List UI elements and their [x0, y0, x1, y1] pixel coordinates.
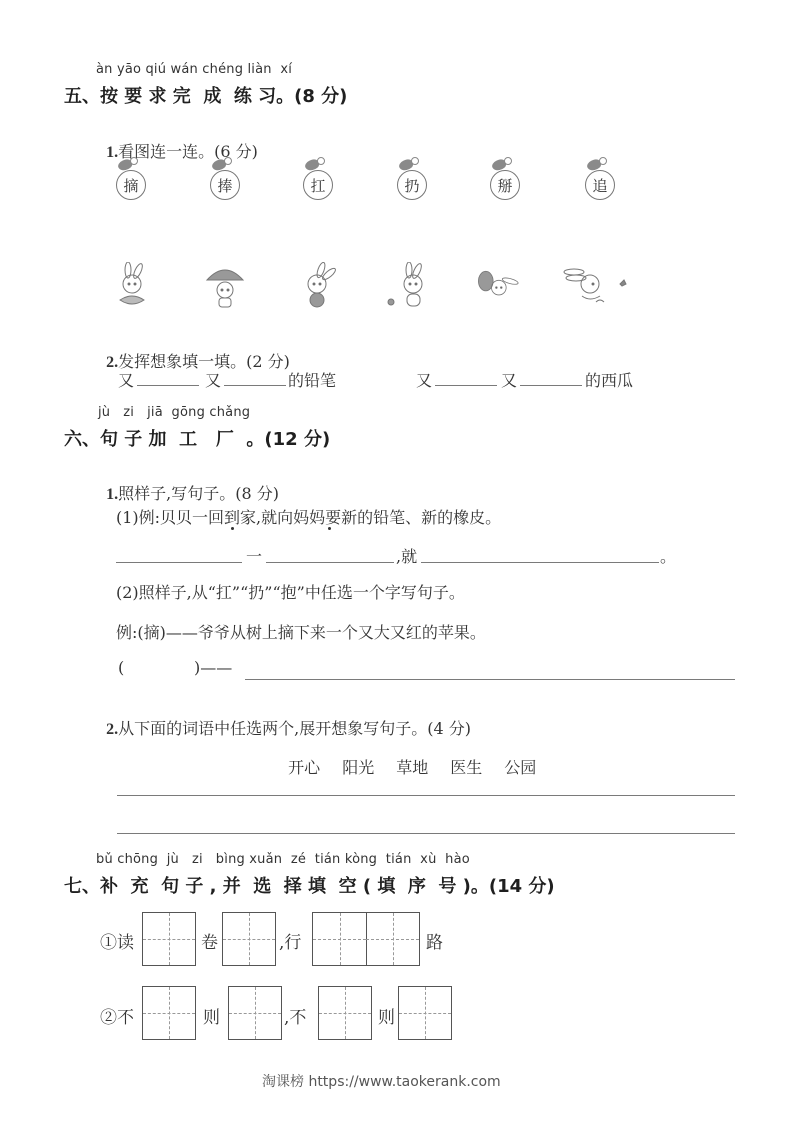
word-item: 草地: [396, 758, 428, 777]
period-label: 。: [660, 544, 676, 567]
watermelon-label: 的西瓜: [585, 368, 633, 391]
section7-pinyin: bǔ chōng jù zi bìng xuǎn zé tián kòng ti…: [96, 852, 470, 867]
grid-cell: [223, 913, 275, 965]
carrot-leaf-icon: [317, 157, 325, 165]
section7-title: 七、补 充 句 子 , 并 选 择 填 空 ( 填 序 号 )。(14 分): [64, 872, 555, 898]
character-option[interactable]: 掰: [490, 160, 520, 200]
fill-blank[interactable]: [266, 562, 394, 563]
section6-title: 六、句 子 加 工 厂 。(12 分): [64, 425, 330, 451]
you-label: 又: [501, 368, 517, 391]
character-circle: 追: [585, 170, 615, 200]
carrot-leaf-icon: [504, 157, 512, 165]
paren-open: (: [118, 658, 124, 677]
character-circle: 掰: [490, 170, 520, 200]
yi-label: 一: [246, 544, 262, 567]
grid-cell: [143, 913, 195, 965]
section5-pinyin: àn yāo qiú wán chéng liàn xí: [96, 62, 292, 77]
section6-q1-heading: 1.照样子,写句子。(8 分): [96, 462, 279, 504]
fill-blank[interactable]: [116, 562, 242, 563]
word-item: 医生: [450, 758, 482, 777]
xing-label: ,行: [279, 928, 301, 953]
question-number: 2.: [106, 721, 118, 738]
fill-blank[interactable]: [421, 562, 659, 563]
emphasis-dot: [231, 527, 234, 530]
grid-cell: [313, 913, 366, 965]
character-circle: 捧: [210, 170, 240, 200]
section6-q2-heading: 2.从下面的词语中任选两个,展开想象写句子。(4 分): [96, 697, 471, 739]
character-option[interactable]: 捧: [210, 160, 240, 200]
rabbit-under-mushroom-icon[interactable]: [203, 262, 247, 310]
jiu-label: ,就: [396, 544, 417, 567]
rabbit-throwing-icon[interactable]: [385, 262, 429, 310]
character-circle: 扔: [397, 170, 427, 200]
answer-line[interactable]: [117, 795, 735, 796]
word-item: 公园: [504, 758, 536, 777]
answer-line[interactable]: [117, 833, 735, 834]
character-option[interactable]: 扛: [303, 160, 333, 200]
section5-q2-heading: 2.发挥想象填一填。(2 分): [96, 330, 290, 372]
fill-blank[interactable]: [435, 385, 497, 386]
example-sentence-2: 例:(摘)——爷爷从树上摘下来一个又大又红的苹果。: [116, 620, 486, 643]
character-option[interactable]: 追: [585, 160, 615, 200]
watermark-footer: 淘课榜 https://www.taokerank.com: [262, 1071, 501, 1091]
character-circle: 摘: [116, 170, 146, 200]
question-number: 2.: [106, 354, 118, 371]
you-label: 又: [118, 368, 134, 391]
ze-label: 则: [378, 1003, 395, 1028]
answer-line[interactable]: [245, 679, 735, 680]
question-number: 1.: [106, 486, 118, 503]
row1-label: ①读: [100, 928, 134, 953]
word-item: 开心: [288, 758, 320, 777]
carrot-leaf-icon: [224, 157, 232, 165]
tian-zi-ge-box[interactable]: [222, 912, 276, 966]
word-bank: 开心阳光草地医生公园: [278, 736, 536, 778]
tian-zi-ge-box[interactable]: [142, 912, 196, 966]
rabbit-running-after-butterfly-icon[interactable]: [560, 262, 632, 310]
rabbit-with-corn-icon[interactable]: [476, 262, 520, 310]
carrot-leaf-icon: [411, 157, 419, 165]
rabbit-picking-icon[interactable]: [110, 262, 154, 310]
you-label: 又: [205, 368, 221, 391]
carrot-leaf-icon: [130, 157, 138, 165]
emphasis-dot: [328, 527, 331, 530]
paren-close-dash: )——: [194, 658, 232, 677]
fill-blank[interactable]: [520, 385, 582, 386]
character-option[interactable]: 摘: [116, 160, 146, 200]
fill-blank[interactable]: [224, 385, 286, 386]
grid-cell: [366, 913, 419, 965]
character-choice-blank[interactable]: [128, 656, 190, 678]
question-number: 1.: [106, 144, 118, 161]
carrot-leaf-icon: [599, 157, 607, 165]
character-circle: 扛: [303, 170, 333, 200]
tian-zi-ge-box[interactable]: [318, 986, 372, 1040]
section5-q1-heading: 1.看图连一连。(6 分): [96, 120, 258, 162]
row2-label: ②不: [100, 1003, 134, 1028]
bu-label: ,不: [284, 1003, 306, 1028]
rabbit-carrying-basket-icon[interactable]: [295, 262, 339, 310]
grid-cell: [229, 987, 281, 1039]
tian-zi-ge-box[interactable]: [398, 986, 452, 1040]
ze-label: 则: [203, 1003, 220, 1028]
lu-label: 路: [426, 928, 443, 953]
character-option[interactable]: 扔: [397, 160, 427, 200]
tian-zi-ge-double-box[interactable]: [312, 912, 420, 966]
section5-title: 五、按 要 求 完 成 练 习。(8 分): [64, 82, 347, 108]
question-text: 照样子,写句子。(8 分): [118, 484, 279, 503]
grid-cell: [319, 987, 371, 1039]
pencil-label: 的铅笔: [288, 368, 336, 391]
fill-blank[interactable]: [137, 385, 199, 386]
example-sentence-1: (1)例:贝贝一回到家,就向妈妈要新的铅笔、新的橡皮。: [116, 505, 501, 528]
instruction-sentence-2: (2)照样子,从“扛”“扔”“抱”中任选一个字写句子。: [116, 580, 465, 603]
word-item: 阳光: [342, 758, 374, 777]
juan-label: 卷: [201, 928, 218, 953]
you-label: 又: [416, 368, 432, 391]
grid-cell: [143, 987, 195, 1039]
section6-pinyin: jù zi jiā gōng chǎng: [98, 405, 250, 420]
grid-cell: [399, 987, 451, 1039]
tian-zi-ge-box[interactable]: [228, 986, 282, 1040]
question-text: 看图连一连。(6 分): [118, 142, 258, 161]
tian-zi-ge-box[interactable]: [142, 986, 196, 1040]
